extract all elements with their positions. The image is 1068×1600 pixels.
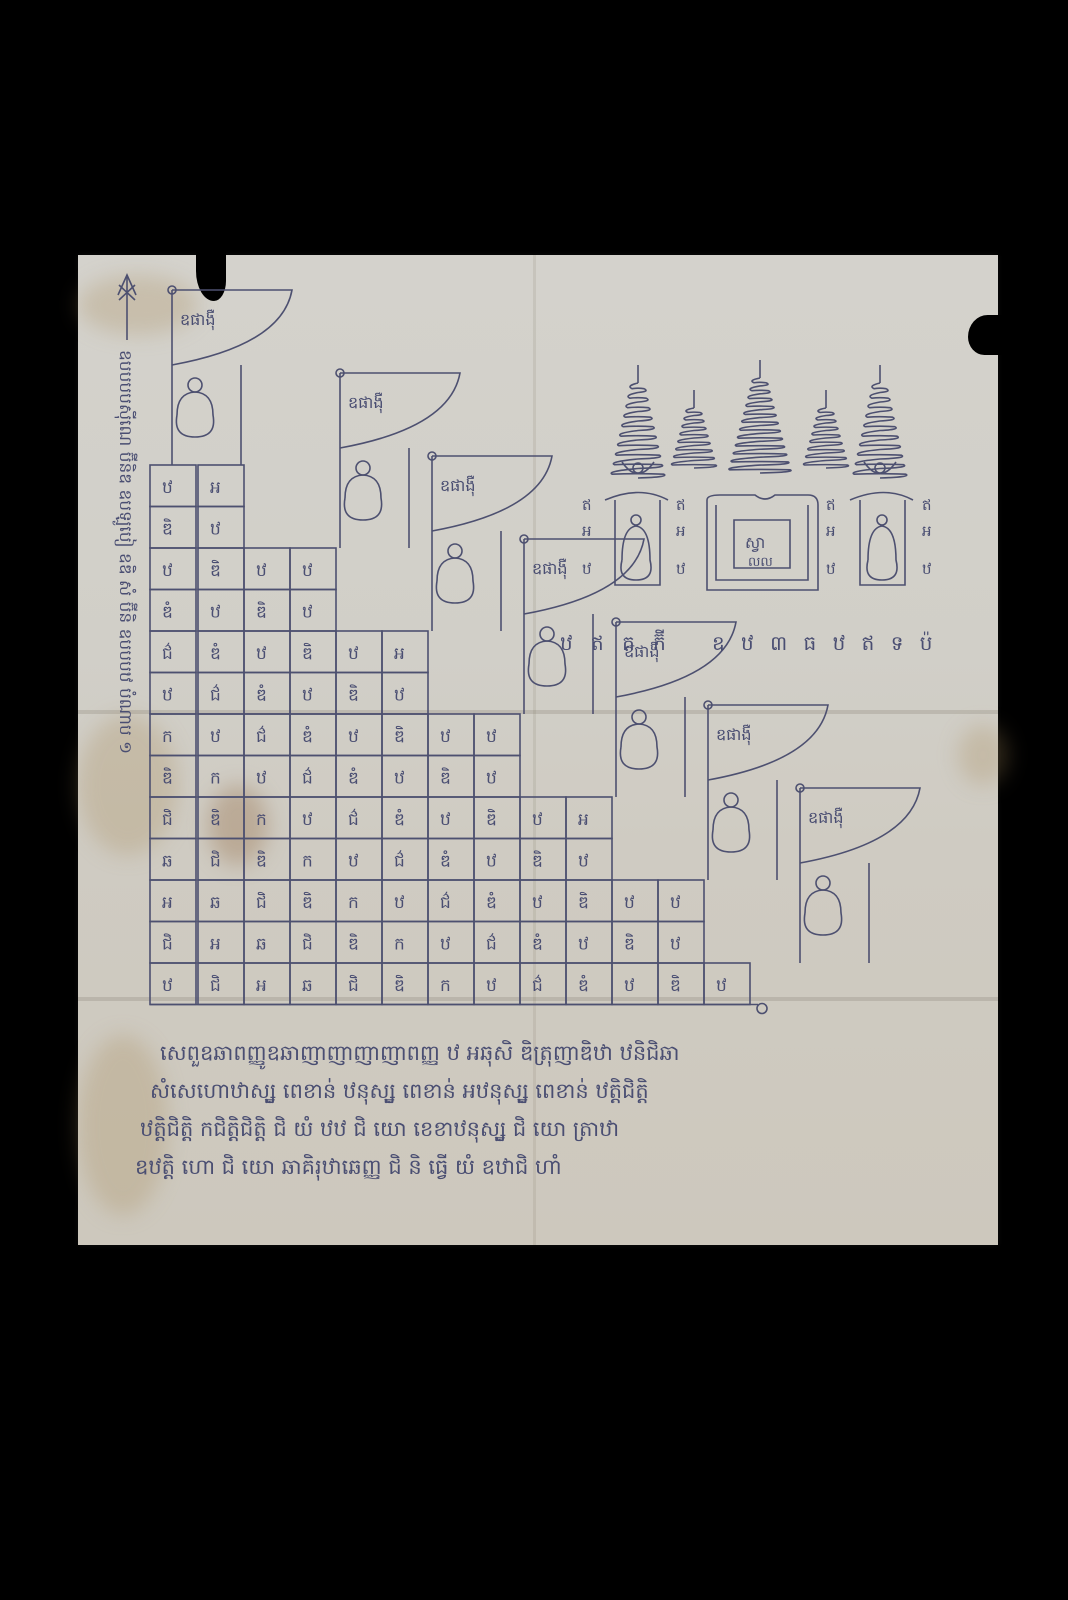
svg-text:ជិ: ជិ bbox=[210, 850, 221, 872]
svg-text:ជិ: ជិ bbox=[162, 808, 173, 830]
svg-text:ឋ: ឋ bbox=[162, 686, 173, 706]
svg-text:ជិ: ជិ bbox=[162, 933, 173, 955]
center-box-text-2: លល bbox=[748, 555, 773, 570]
svg-text:ឋ: ឋ bbox=[394, 686, 405, 706]
svg-text:ឋ: ឋ bbox=[826, 560, 836, 578]
svg-text:ឥ: ឥ bbox=[922, 496, 932, 514]
text-line-2: សំសេហោឋាស្ស្ឋ ពេខាន់ ឋនុស្ស្ឋ ពេខាន់ អឋន… bbox=[150, 1078, 649, 1105]
svg-text:ឌិ: ឌិ bbox=[670, 974, 681, 996]
svg-text:ឋ: ឋ bbox=[486, 727, 497, 747]
svg-text:ឌិ: ឌិ bbox=[394, 974, 405, 996]
svg-text:ឥ: ឥ bbox=[826, 496, 836, 514]
svg-text:ឌិ: ឌិ bbox=[348, 684, 359, 706]
svg-text:ឆ: ឆ bbox=[162, 852, 173, 872]
svg-text:ឋ: ឋ bbox=[624, 976, 635, 996]
svg-text:ឋ: ឋ bbox=[440, 727, 451, 747]
text-line-3: ឋត្តិជិត្តិ កជិត្តិជិត្តិ ជិ យំ ឋឋ ជិ យោ… bbox=[140, 1116, 619, 1143]
svg-text:ឌំ: ឌំ bbox=[162, 601, 173, 623]
svg-text:ជ៌: ជ៌ bbox=[302, 767, 313, 789]
svg-text:ឋ: ឋ bbox=[348, 644, 359, 664]
svg-text:ឧផាង៉ឺ: ឧផាង៉ឺ bbox=[348, 392, 384, 414]
svg-text:ឋ: ឋ bbox=[624, 893, 635, 913]
svg-text:ឋ: ឋ bbox=[256, 561, 267, 581]
svg-text:ជិ: ជិ bbox=[210, 974, 221, 996]
svg-text:ឋ: ឋ bbox=[210, 520, 221, 540]
svg-text:ជិ: ជិ bbox=[348, 974, 359, 996]
svg-text:ជ៌: ជ៌ bbox=[256, 725, 267, 747]
svg-text:ក: ក bbox=[210, 769, 221, 789]
text-line-4: ឧឋត្តិ ហោ ជិ យោ ឆាគិរុឋាឆេញ្ញ ជិ និ ធ្វើ… bbox=[135, 1154, 562, 1181]
svg-text:អ: អ bbox=[922, 522, 932, 540]
svg-text:ក: ក bbox=[440, 976, 451, 996]
flags: ឧផាង៉ឺឧផាង៉ឺឧផាង៉ឺឧផាង៉ឺឧផាង៉ឺឧផាង៉ឺឧផាង… bbox=[168, 286, 920, 963]
svg-text:ឌំ: ឌំ bbox=[532, 933, 543, 955]
svg-text:ឋ: ឋ bbox=[394, 769, 405, 789]
grid-letters: ឋអឌិឋឋឌិឋឋឌំឋឌិឋជ៌ឌំឋឌិឋអឋជ៌ឌំឋឌិឋកឋជ៌ឌំ… bbox=[162, 478, 727, 996]
svg-text:ឋ: ឋ bbox=[582, 560, 592, 578]
svg-text:ឌិ: ឌិ bbox=[302, 642, 313, 664]
svg-text:អ: អ bbox=[210, 935, 221, 955]
svg-text:អ: អ bbox=[162, 893, 173, 913]
spire-bottom-line-right: ឧ ឋ ៣ ធ ឋ ឥ ទ ប៉ bbox=[712, 631, 937, 655]
svg-text:អ: អ bbox=[256, 976, 267, 996]
svg-text:អ: អ bbox=[578, 810, 589, 830]
side-text: ឧបបបបស៊ីណេ ប៊ីនិឌ ឧបឡូបៀ ឧឌិ សំ ប៊ីនិ ឧប… bbox=[112, 350, 138, 754]
svg-text:ឋ: ឋ bbox=[486, 976, 497, 996]
svg-text:ក: ក bbox=[302, 852, 313, 872]
svg-text:ឋ: ឋ bbox=[486, 769, 497, 789]
svg-text:ឌំ: ឌំ bbox=[440, 850, 451, 872]
svg-text:ឋ: ឋ bbox=[676, 560, 686, 578]
svg-text:ឋ: ឋ bbox=[256, 769, 267, 789]
yantra-drawing: ឧបបបបស៊ីណេ ប៊ីនិឌ ឧបឡូបៀ ឧឌិ សំ ប៊ីនិ ឧប… bbox=[0, 0, 1068, 1600]
svg-text:ក: ក bbox=[256, 810, 267, 830]
svg-text:ឆ: ឆ bbox=[302, 976, 313, 996]
svg-text:អ: អ bbox=[210, 478, 221, 498]
svg-text:ឥ: ឥ bbox=[582, 496, 592, 514]
svg-text:ឧផាង៉ឺ: ឧផាង៉ឺ bbox=[716, 724, 752, 746]
svg-text:ឋ: ឋ bbox=[302, 603, 313, 623]
svg-text:ឌំ: ឌំ bbox=[578, 974, 589, 996]
spire-bottom-line-left: ឋ ឥ ឝ ក៊ី bbox=[560, 629, 672, 655]
svg-text:ជ៌: ជ៌ bbox=[162, 642, 173, 664]
svg-text:ឋ: ឋ bbox=[440, 935, 451, 955]
svg-text:ឆ: ឆ bbox=[256, 935, 267, 955]
svg-text:ឌិ: ឌិ bbox=[624, 933, 635, 955]
svg-text:ជ៌: ជ៌ bbox=[440, 891, 451, 913]
svg-text:ឧផាង៉ឺ: ឧផាង៉ឺ bbox=[440, 475, 476, 497]
svg-text:ឋ: ឋ bbox=[670, 893, 681, 913]
svg-text:ជិ: ជិ bbox=[302, 933, 313, 955]
svg-text:ឌិ: ឌិ bbox=[440, 767, 451, 789]
svg-text:ឋ: ឋ bbox=[162, 976, 173, 996]
svg-text:ជ៌: ជ៌ bbox=[532, 974, 543, 996]
svg-text:ឌំ: ឌំ bbox=[302, 725, 313, 747]
svg-text:ឋ: ឋ bbox=[348, 852, 359, 872]
svg-text:ឋ: ឋ bbox=[440, 810, 451, 830]
svg-text:ជ៌: ជ៌ bbox=[486, 933, 497, 955]
svg-text:អ: អ bbox=[826, 522, 836, 540]
svg-text:ឋ: ឋ bbox=[162, 561, 173, 581]
svg-text:ជ៌: ជ៌ bbox=[394, 850, 405, 872]
svg-text:ឧផាង៉ឺ: ឧផាង៉ឺ bbox=[532, 558, 568, 580]
svg-text:ឋ: ឋ bbox=[716, 976, 727, 996]
svg-text:អ: អ bbox=[676, 522, 686, 540]
svg-text:ឋ: ឋ bbox=[302, 686, 313, 706]
svg-text:ឌិ: ឌិ bbox=[256, 601, 267, 623]
svg-text:ឧផាង៉ឺ: ឧផាង៉ឺ bbox=[808, 807, 844, 829]
svg-text:ឋ: ឋ bbox=[486, 852, 497, 872]
svg-text:ជិ: ជិ bbox=[256, 891, 267, 913]
svg-text:ឋ: ឋ bbox=[532, 810, 543, 830]
svg-text:ឌិ: ឌិ bbox=[302, 891, 313, 913]
svg-text:ក: ក bbox=[394, 935, 405, 955]
svg-text:ក: ក bbox=[162, 727, 173, 747]
side-letters-left: ឥ អ ឋ ឥ អ ឋ bbox=[582, 496, 686, 578]
svg-text:ឋ: ឋ bbox=[256, 644, 267, 664]
text-line-1: សេពួឧឆាពញ្ញូឧឆាញាញាញាញាពញ្ញ ឋ អឆុសិ ឌិត្… bbox=[160, 1040, 680, 1070]
svg-text:ឋ: ឋ bbox=[922, 560, 932, 578]
svg-text:ឋ: ឋ bbox=[162, 478, 173, 498]
svg-text:ឌិ: ឌិ bbox=[486, 808, 497, 830]
svg-text:ឋ: ឋ bbox=[210, 603, 221, 623]
svg-text:ក: ក bbox=[348, 893, 359, 913]
svg-text:ឥ: ឥ bbox=[676, 496, 686, 514]
svg-text:ជ៌: ជ៌ bbox=[348, 808, 359, 830]
svg-text:ឌិ: ឌិ bbox=[532, 850, 543, 872]
svg-text:ឌំ: ឌំ bbox=[210, 642, 221, 664]
svg-text:ឋ: ឋ bbox=[302, 810, 313, 830]
bottom-incantation-text: សេពួឧឆាពញ្ញូឧឆាញាញាញាញាពញ្ញ ឋ អឆុសិ ឌិត្… bbox=[135, 1040, 680, 1181]
svg-text:ឋ: ឋ bbox=[302, 561, 313, 581]
svg-text:ឋ: ឋ bbox=[670, 935, 681, 955]
svg-text:ឌិ: ឌិ bbox=[210, 559, 221, 581]
svg-text:អ: អ bbox=[394, 644, 405, 664]
svg-text:ឋ: ឋ bbox=[210, 727, 221, 747]
svg-text:ឌិ: ឌិ bbox=[578, 891, 589, 913]
svg-text:ឌិ: ឌិ bbox=[162, 518, 173, 540]
five-spires: ស្វា លល ឥ អ ឋ ឥ អ ឋ ឥ អ ឋ ឥ អ ឋ ឋ ឥ ឝ ក៊… bbox=[560, 360, 937, 655]
svg-text:ឋ: ឋ bbox=[578, 935, 589, 955]
svg-text:ឋ: ឋ bbox=[532, 893, 543, 913]
svg-text:ជ៌: ជ៌ bbox=[210, 684, 221, 706]
svg-text:ឧផាង៉ឺ: ឧផាង៉ឺ bbox=[180, 309, 216, 331]
svg-text:ឌិ: ឌិ bbox=[162, 767, 173, 789]
svg-text:ឌិ: ឌិ bbox=[348, 933, 359, 955]
svg-text:ឋ: ឋ bbox=[348, 727, 359, 747]
svg-text:អ: អ bbox=[582, 522, 592, 540]
side-text-column: ឧបបបបស៊ីណេ ប៊ីនិឌ ឧបឡូបៀ ឧឌិ សំ ប៊ីនិ ឧប… bbox=[112, 275, 138, 754]
svg-text:ឌំ: ឌំ bbox=[486, 891, 497, 913]
svg-text:ឌំ: ឌំ bbox=[394, 808, 405, 830]
staircase-grid bbox=[150, 465, 767, 1014]
svg-text:ឌិ: ឌិ bbox=[394, 725, 405, 747]
svg-text:ឆ: ឆ bbox=[210, 893, 221, 913]
svg-text:ឋ: ឋ bbox=[578, 852, 589, 872]
svg-text:ឌំ: ឌំ bbox=[348, 767, 359, 789]
center-box-text: ស្វា bbox=[745, 533, 765, 552]
svg-text:ឌិ: ឌិ bbox=[256, 850, 267, 872]
svg-text:ឋ: ឋ bbox=[394, 893, 405, 913]
svg-text:ឌិ: ឌិ bbox=[210, 808, 221, 830]
svg-text:ឌំ: ឌំ bbox=[256, 684, 267, 706]
side-letters-right: ឥ អ ឋ ឥ អ ឋ bbox=[826, 496, 932, 578]
